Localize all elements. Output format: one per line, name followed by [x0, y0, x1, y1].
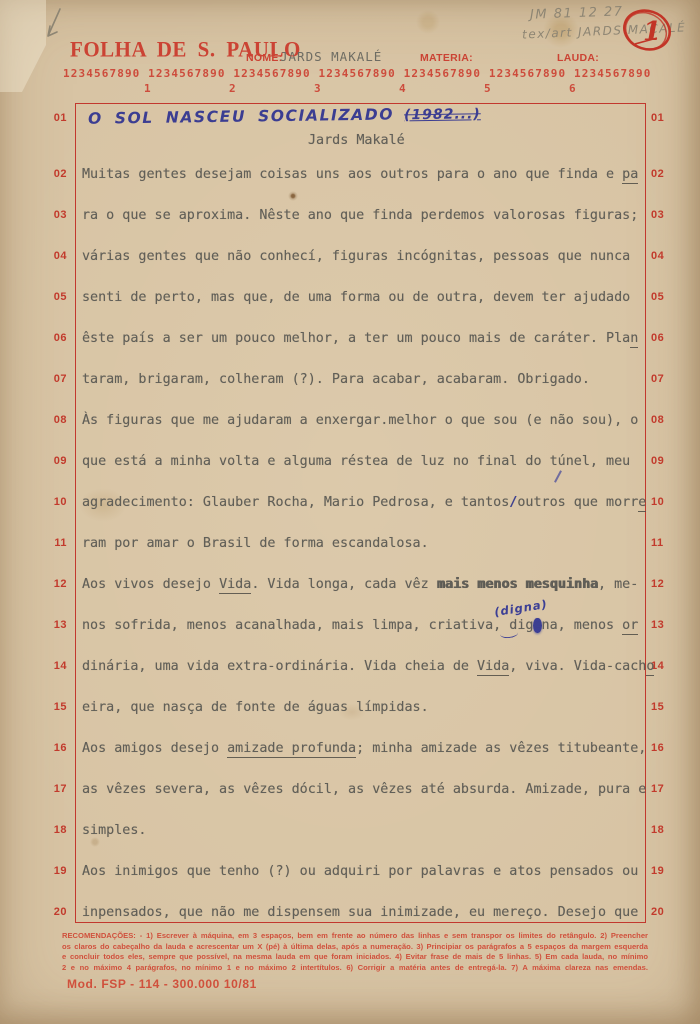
- typed-segment-u: e: [638, 495, 646, 512]
- line-number-right: 14: [651, 660, 675, 672]
- line-number-left: 11: [43, 537, 67, 549]
- typed-line: dinária, uma vida extra-ordinária. Vida …: [82, 659, 654, 674]
- typed-line: eira, que nasça de fonte de águas límpid…: [82, 700, 429, 715]
- line-number-right: 04: [651, 250, 675, 262]
- typed-segment-blot: e: [533, 618, 541, 633]
- author-byline: Jards Makalé: [308, 133, 405, 148]
- typed-segment: dinária, uma vida extra-ordinária. Vida …: [82, 659, 477, 674]
- typed-line: as vêzes severa, as vêzes dócil, as vêze…: [82, 782, 646, 797]
- typed-segment: , me-: [598, 577, 638, 592]
- typed-segment: agradecimento: Glauber Rocha, Mario Pedr…: [82, 495, 509, 510]
- nome-label: NOME:: [246, 52, 283, 64]
- ruler-group-number: 3: [314, 82, 321, 95]
- typed-segment-u: pa: [622, 167, 638, 184]
- form-model-number: Mod. FSP - 114 - 300.000 10/81: [67, 977, 257, 991]
- line-number-right: 16: [651, 742, 675, 754]
- line-number-right: 05: [651, 291, 675, 303]
- typed-line: Aos vivos desejo Vida. Vida longa, cada …: [82, 577, 638, 592]
- line-number-right: 12: [651, 578, 675, 590]
- typed-line: que está a minha volta e alguma réstea d…: [82, 454, 630, 469]
- recommendation-line: e concluir todos eles, sempre que possív…: [62, 952, 648, 963]
- line-number-left: 13: [43, 619, 67, 631]
- line-number-right: 07: [651, 373, 675, 385]
- typed-segment: várias gentes que não conhecí, figuras i…: [82, 249, 630, 264]
- typed-line: Aos amigos desejo amizade profunda; minh…: [82, 741, 646, 756]
- line-number-right: 19: [651, 865, 675, 877]
- typed-segment: êste país a ser um pouco melhor, a ter u…: [82, 331, 630, 346]
- typed-segment: eira, que nasça de fonte de águas límpid…: [82, 700, 429, 715]
- typed-segment: outros que morr: [517, 495, 638, 510]
- line-number-right: 09: [651, 455, 675, 467]
- line-number-left: 08: [43, 414, 67, 426]
- typed-segment: ram por amar o Brasil de forma escandalo…: [82, 536, 429, 551]
- line-number-left: 03: [43, 209, 67, 221]
- ruler-group-number: 1: [144, 82, 151, 95]
- line-number-right: 08: [651, 414, 675, 426]
- typed-segment-u: Vida: [219, 577, 251, 594]
- typed-segment: Às figuras que me ajudaram a enxergar.me…: [82, 413, 638, 428]
- line-number-right: 20: [651, 906, 675, 918]
- typed-line: inpensados, que não me dispensem sua ini…: [82, 905, 638, 920]
- typed-segment: simples.: [82, 823, 147, 838]
- tape-mark: [0, 0, 46, 92]
- typed-line: ram por amar o Brasil de forma escandalo…: [82, 536, 429, 551]
- line-number-left: 10: [43, 496, 67, 508]
- recommendation-line: 2 e no máximo 4 parágrafos, no mínimo 1 …: [62, 963, 648, 974]
- ruler-group-number: 6: [569, 82, 576, 95]
- typed-segment: , viva. Vida-cach: [509, 659, 646, 674]
- typed-line: simples.: [82, 823, 147, 838]
- line-number-right: 06: [651, 332, 675, 344]
- typed-segment: inpensados, que não me dispensem sua ini…: [82, 905, 638, 920]
- typed-segment: que está a minha volta e alguma réstea d…: [82, 454, 630, 469]
- typed-line: senti de perto, mas que, de uma forma ou…: [82, 290, 630, 305]
- typed-segment: Aos inimigos que tenho (?) ou adquiri po…: [82, 864, 638, 879]
- recommendation-line: RECOMENDAÇÕES: - 1) Escrever à máquina, …: [62, 931, 648, 942]
- materia-label: MATERIA:: [420, 52, 473, 64]
- line-number-left: 07: [43, 373, 67, 385]
- ruler-group-number: 4: [399, 82, 406, 95]
- line-number-left: 01: [43, 112, 67, 124]
- line-number-left: 15: [43, 701, 67, 713]
- typed-line: várias gentes que não conhecí, figuras i…: [82, 249, 630, 264]
- pencil-arrow-mark: [44, 6, 66, 42]
- lauda-label: LAUDA:: [557, 52, 599, 64]
- line-number-left: 19: [43, 865, 67, 877]
- typed-segment-u: amizade profunda: [227, 741, 356, 758]
- line-number-right: 10: [651, 496, 675, 508]
- manuscript-page: JM 81 12 27 tex/art JARDS MACALÉ 1 FOLHA…: [0, 0, 700, 1024]
- line-number-right: 15: [651, 701, 675, 713]
- recommendations-fine-print: RECOMENDAÇÕES: - 1) Escrever à máquina, …: [62, 931, 648, 973]
- line-number-left: 06: [43, 332, 67, 344]
- typed-line: taram, brigaram, colheram (?). Para acab…: [82, 372, 590, 387]
- typed-segment-ot: mais menos mesquinha: [437, 577, 598, 592]
- line-number-right: 03: [651, 209, 675, 221]
- typed-segment: Aos vivos desejo: [82, 577, 219, 592]
- line-number-left: 14: [43, 660, 67, 672]
- struck-year: (1982...): [404, 106, 481, 123]
- typed-line: nos sofrida, menos acanalhada, mais limp…: [82, 618, 638, 633]
- typed-segment: as vêzes severa, as vêzes dócil, as vêze…: [82, 782, 646, 797]
- line-number-left: 09: [43, 455, 67, 467]
- text-frame-border: [75, 103, 646, 923]
- line-number-left: 20: [43, 906, 67, 918]
- typed-segment: na, menos: [542, 618, 623, 633]
- typed-line: Às figuras que me ajudaram a enxergar.me…: [82, 413, 638, 428]
- typed-segment-u: n: [630, 331, 638, 348]
- typed-segment: ; minha amizade as vêzes titubeante,: [356, 741, 646, 756]
- typed-line: êste país a ser um pouco melhor, a ter u…: [82, 331, 638, 346]
- typed-segment-u: o: [646, 659, 654, 676]
- typed-segment-u: Vida: [477, 659, 509, 676]
- recommendation-line: os claros do cabeçalho da lauda e acresc…: [62, 942, 648, 953]
- line-number-right: 01: [651, 112, 675, 124]
- typed-line: Muitas gentes desejam coisas uns aos out…: [82, 167, 638, 182]
- line-number-left: 17: [43, 783, 67, 795]
- line-number-left: 18: [43, 824, 67, 836]
- line-number-left: 05: [43, 291, 67, 303]
- typed-segment: . Vida longa, cada vêz: [251, 577, 436, 592]
- typed-segment: senti de perto, mas que, de uma forma ou…: [82, 290, 630, 305]
- ruler-group-number: 2: [229, 82, 236, 95]
- page-number-badge: 1: [617, 3, 675, 57]
- typed-segment: nos sofrida, menos acanalhada, mais limp…: [82, 618, 533, 633]
- typed-line: Aos inimigos que tenho (?) ou adquiri po…: [82, 864, 638, 879]
- line-number-right: 02: [651, 168, 675, 180]
- typed-segment: taram, brigaram, colheram (?). Para acab…: [82, 372, 590, 387]
- line-number-left: 04: [43, 250, 67, 262]
- ruler-group-number: 5: [484, 82, 491, 95]
- page-number-text: 1: [643, 17, 661, 47]
- line-number-left: 02: [43, 168, 67, 180]
- typed-segment: Muitas gentes desejam coisas uns aos out…: [82, 167, 622, 182]
- line-number-right: 11: [651, 537, 675, 549]
- line-number-left: 16: [43, 742, 67, 754]
- nome-value: JARDS MAKALÉ: [280, 49, 382, 64]
- column-ruler-digits: 1234567890 1234567890 1234567890 1234567…: [63, 67, 659, 79]
- typed-segment-u: or: [622, 618, 638, 635]
- line-number-right: 18: [651, 824, 675, 836]
- pencil-note-date: JM 81 12 27: [530, 4, 624, 22]
- line-number-right: 13: [651, 619, 675, 631]
- typed-line: ra o que se aproxima. Nêste ano que find…: [82, 208, 638, 223]
- typed-line: agradecimento: Glauber Rocha, Mario Pedr…: [82, 495, 646, 510]
- typed-segment: Aos amigos desejo: [82, 741, 227, 756]
- typed-segment: ra o que se aproxima. Nêste ano que find…: [82, 208, 638, 223]
- line-number-right: 17: [651, 783, 675, 795]
- line-number-left: 12: [43, 578, 67, 590]
